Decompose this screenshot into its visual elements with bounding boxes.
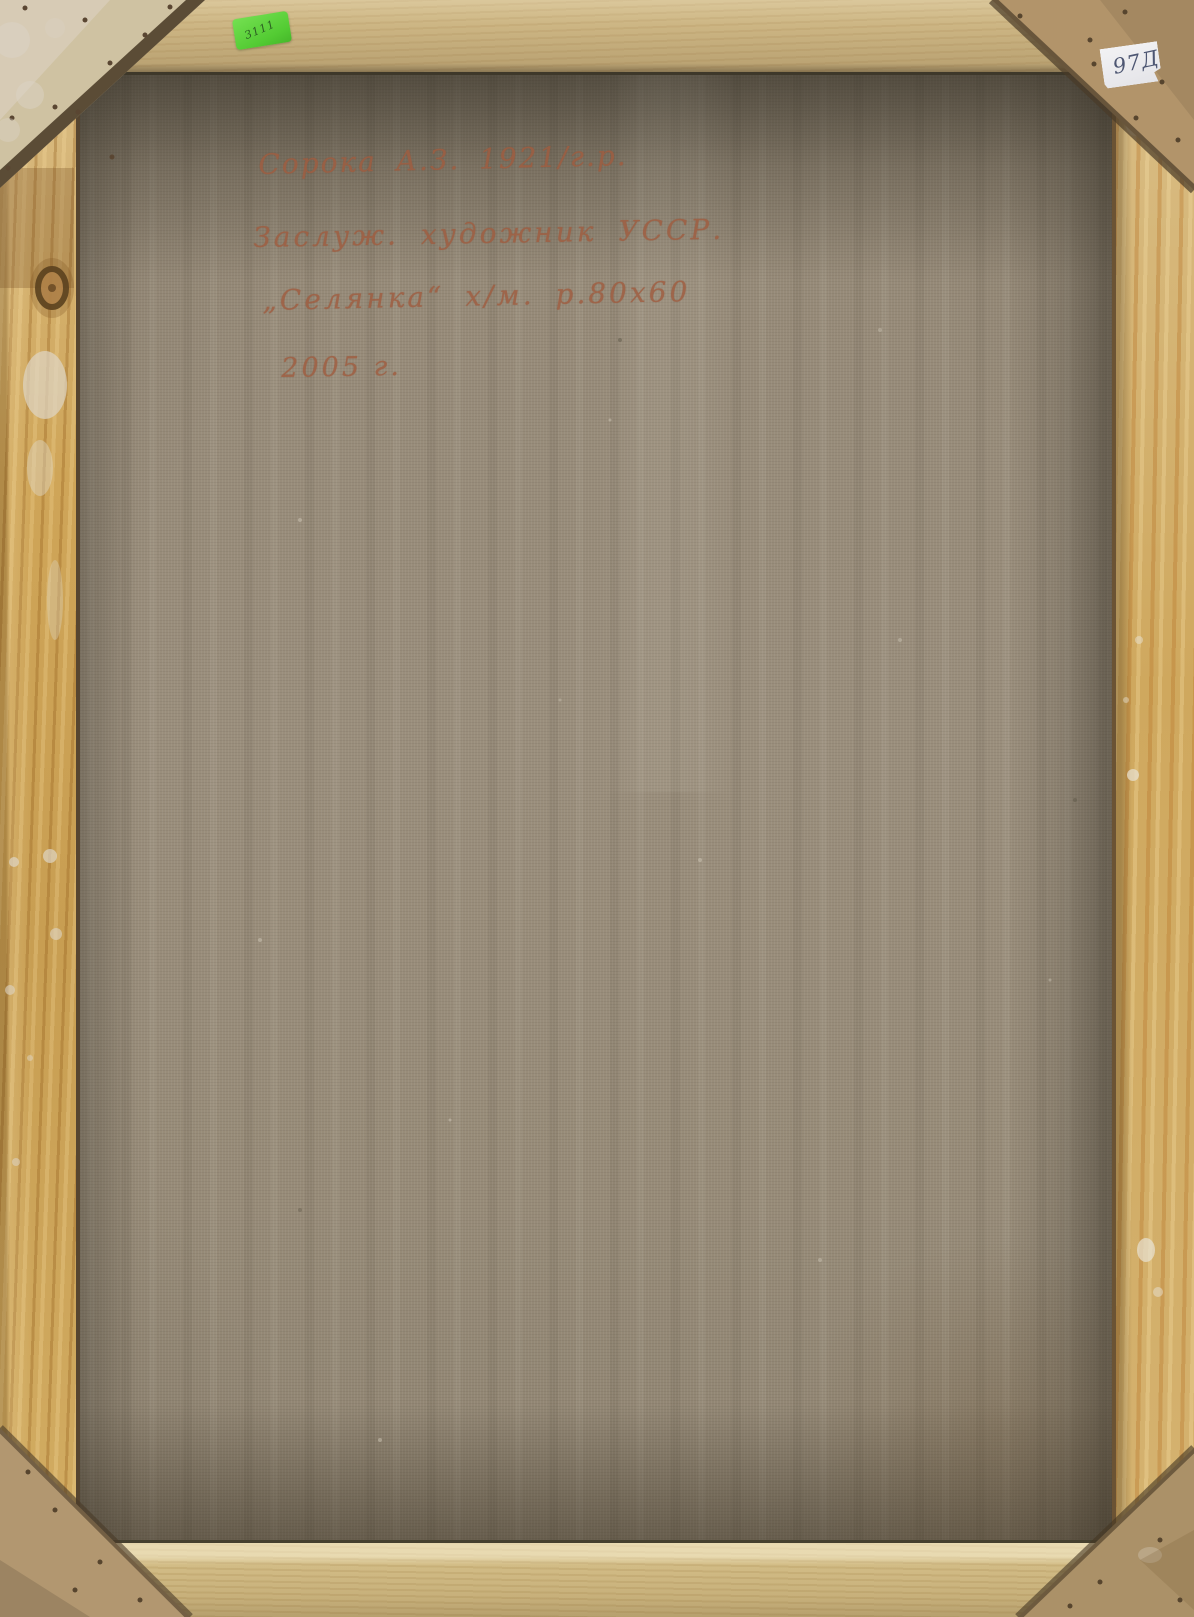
painting-back-photo: Сорока А.З. 1921/г.р. Заслуж. художник У… <box>0 0 1194 1617</box>
paint-specks-right-bar <box>1123 104 1163 1297</box>
canvas-flecks <box>258 328 1077 1442</box>
corner-brace-top-right <box>992 0 1194 190</box>
photo-detail-overlay <box>0 0 1194 1617</box>
corner-brace-bottom-left <box>0 1428 190 1617</box>
corner-brace-bottom-right <box>1018 1448 1194 1617</box>
paint-specks-left-bar <box>5 351 67 1166</box>
inventory-label-text: 97Д <box>1111 46 1162 79</box>
corner-brace-top-left <box>0 0 205 188</box>
green-sticker-text: 3111 <box>243 18 278 42</box>
inventory-label: 97Д <box>1099 41 1162 89</box>
wood-knot <box>30 258 74 318</box>
